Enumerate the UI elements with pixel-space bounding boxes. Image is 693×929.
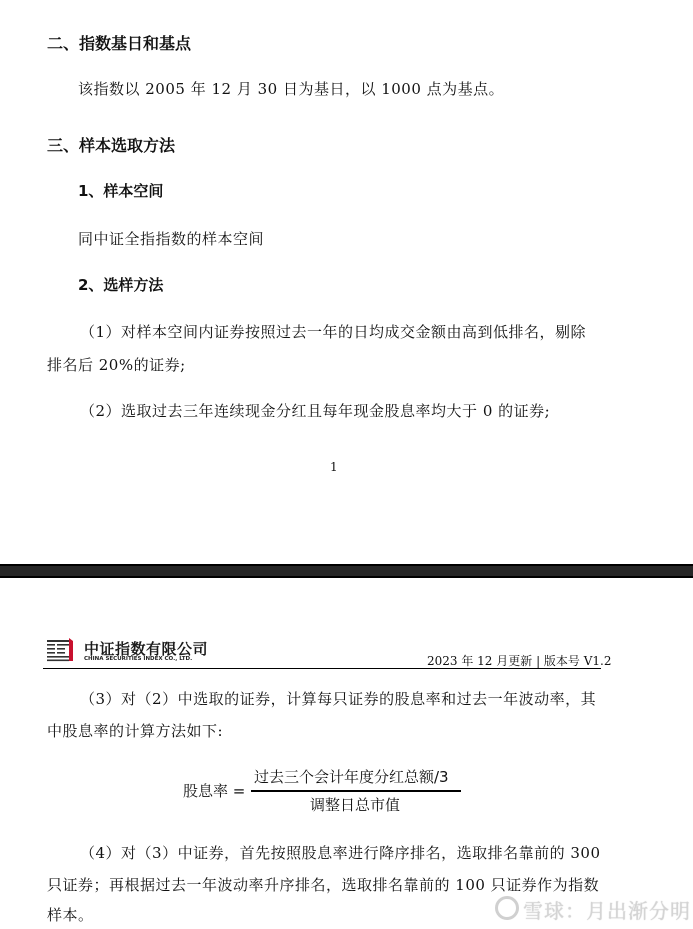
subsection-2-heading: 2、选样方法 — [78, 274, 163, 295]
formula-lhs: 股息率 = — [183, 780, 245, 801]
rule-1-line-2: 排名后 20%的证券; — [47, 354, 186, 375]
rule-3-line-1: （3）对（2）中选取的证券，计算每只证券的股息率和过去一年波动率，其 — [80, 688, 596, 709]
rule-4-line-2: 只证券；再根据过去一年波动率升序排名，选取排名靠前的 100 只证券作为指数 — [47, 874, 599, 895]
watermark-text: 雪球：月出渐分明 — [523, 895, 691, 924]
section-3-heading: 三、样本选取方法 — [47, 133, 175, 156]
header-rule — [43, 668, 601, 669]
page-number: 1 — [330, 460, 338, 474]
rule-4-line-1: （4）对（3）中证券，首先按照股息率进行降序排名，选取排名靠前的 300 — [80, 842, 601, 863]
rule-3-line-2: 中股息率的计算方法如下: — [47, 720, 223, 741]
fraction-bar — [251, 790, 461, 792]
formula-denominator: 调整日总市值 — [310, 794, 400, 815]
section-2-heading: 二、指数基日和基点 — [47, 31, 191, 54]
formula-numerator: 过去三个会计年度分红总额/3 — [254, 766, 449, 787]
rule-1-line-1: （1）对样本空间内证券按照过去一年的日均成交金额由高到低排名，剔除 — [80, 321, 586, 342]
rule-4-line-3: 样本。 — [47, 904, 94, 925]
xueqiu-logo-icon — [495, 896, 519, 920]
csi-logo-icon — [47, 638, 75, 662]
subsection-1-heading: 1、样本空间 — [78, 180, 163, 201]
company-name-en: CHINA SECURITIES INDEX CO., LTD. — [84, 656, 192, 662]
sample-space-paragraph: 同中证全指指数的样本空间 — [78, 228, 264, 249]
version-info: 2023 年 12 月更新 | 版本号 V1.2 — [427, 652, 612, 669]
page-separator — [0, 564, 693, 578]
rule-2: （2）选取过去三年连续现金分红且每年现金股息率均大于 0 的证券; — [80, 400, 550, 421]
base-date-paragraph: 该指数以 2005 年 12 月 30 日为基日，以 1000 点为基点。 — [78, 78, 504, 99]
